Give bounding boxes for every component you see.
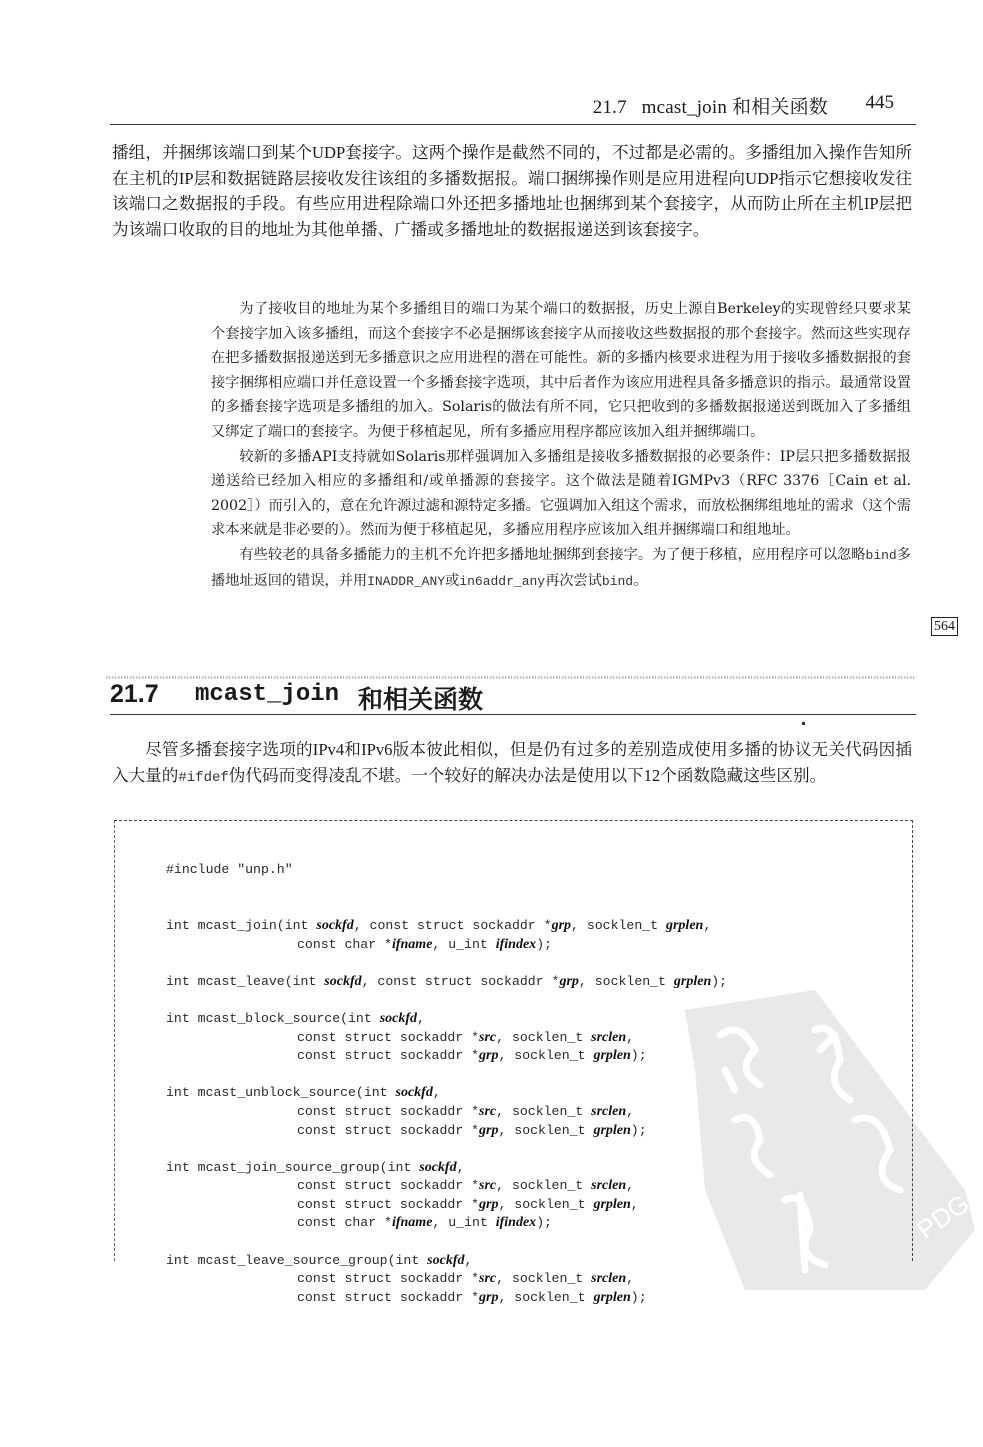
code-text: , socklen_t [496, 1271, 591, 1286]
code-argument-name: src [479, 1271, 496, 1286]
code-text: const struct sockaddr * [297, 1030, 479, 1045]
code-text: , [626, 1030, 634, 1045]
section-function-name: mcast_join [195, 681, 339, 708]
code-text: , socklen_t [496, 1030, 591, 1045]
code-blank-line [166, 898, 866, 917]
code-text: , const struct sockaddr * [362, 974, 560, 989]
code-argument-name: sockfd [316, 918, 353, 933]
note-paragraph: 较新的多播API支持就如Solaris那样强调加入多播组是接收多播数据报的必要条… [211, 445, 911, 543]
code-prototype-line: int mcast_join(int sockfd, const struct … [166, 917, 866, 936]
code-text: const char * [297, 1215, 392, 1230]
note-text: 或 [445, 573, 459, 589]
code-text: , [631, 1197, 639, 1212]
note-text: 再次尝试 [545, 573, 602, 589]
code-text: ); [631, 1048, 647, 1063]
code-argument-name: sockfd [396, 1085, 433, 1100]
code-prototype-line: const char *ifname, u_int ifindex); [166, 936, 866, 955]
code-text: , [626, 1271, 634, 1286]
code-text: int mcast_unblock_source(int [166, 1085, 396, 1100]
code-text: const struct sockaddr * [297, 1048, 479, 1063]
code-text: ); [536, 1215, 552, 1230]
code-text: , [433, 1085, 441, 1100]
code-prototype-line: const struct sockaddr *src, socklen_t sr… [166, 1270, 866, 1289]
note-text: 。 [633, 573, 647, 589]
code-prototype-line: const struct sockaddr *grp, socklen_t gr… [166, 1196, 866, 1215]
code-argument-name: grplen [593, 1290, 630, 1305]
code-text: , [626, 1104, 634, 1119]
running-head-title: 21.7 mcast_join 和相关函数 [593, 92, 828, 119]
paragraph-text: 伪代码而变得凌乱不堪。一个较好的解决办法是使用以下12个函数隐藏这些区别。 [229, 766, 826, 785]
code-text: int mcast_leave_source_group(int [166, 1253, 427, 1268]
code-argument-name: grp [552, 918, 571, 933]
code-text: , [464, 1253, 472, 1268]
note-text: 有些较老的具备多播能力的主机不允许把多播地址捆绑到套接字。为了便于移植，应用程序… [239, 547, 865, 563]
code-argument-name: grp [479, 1290, 498, 1305]
code-argument-name: grp [479, 1197, 498, 1212]
code-argument-name: srclen [591, 1178, 626, 1193]
code-prototype-line: const struct sockaddr *src, socklen_t sr… [166, 1029, 866, 1048]
code-text: , [703, 918, 711, 933]
code-argument-name: srclen [591, 1030, 626, 1045]
code-prototype-line: int mcast_unblock_source(int sockfd, [166, 1084, 866, 1103]
code-argument-name: ifname [392, 1215, 432, 1230]
section-title: 和相关函数 [358, 680, 483, 716]
code-argument-name: sockfd [380, 1011, 417, 1026]
scan-artifact-dot [802, 722, 805, 725]
code-blank-line [166, 991, 866, 1010]
note-block: 为了接收目的地址为某个多播组目的端口为某个端口的数据报，历史上源自Berkele… [211, 297, 911, 594]
code-prototype-line: int mcast_block_source(int sockfd, [166, 1010, 866, 1029]
code-argument-name: grplen [593, 1197, 630, 1212]
section-heading: 21.7 mcast_join 和相关函数 [110, 680, 916, 715]
code-text: ); [631, 1290, 647, 1305]
running-head-section: 21.7 [593, 97, 627, 118]
code-prototype-line: const struct sockaddr *grp, socklen_t gr… [166, 1122, 866, 1141]
code-text: , u_int [432, 937, 495, 952]
margin-page-reference: 564 [931, 617, 958, 636]
code-argument-name: sockfd [419, 1160, 456, 1175]
code-argument-name: ifname [392, 937, 432, 952]
code-text: , socklen_t [498, 1048, 593, 1063]
code-argument-name: srclen [591, 1271, 626, 1286]
code-prototype-line: const struct sockaddr *grp, socklen_t gr… [166, 1289, 866, 1308]
intro-paragraph: 播组，并捆绑该端口到某个UDP套接字。这两个操作是截然不同的，不过都是必需的。多… [112, 140, 912, 242]
inline-code: bind [866, 548, 897, 563]
code-text: int mcast_leave(int [166, 974, 324, 989]
code-argument-name: src [479, 1104, 496, 1119]
code-argument-name: ifindex [496, 937, 536, 952]
code-text: const struct sockaddr * [297, 1104, 479, 1119]
code-text: const char * [297, 937, 392, 952]
code-blank-line [166, 954, 866, 973]
code-include-line: #include "unp.h" [166, 861, 866, 880]
code-prototype-line: int mcast_join_source_group(int sockfd, [166, 1159, 866, 1178]
code-text: const struct sockaddr * [297, 1197, 479, 1212]
code-argument-name: src [479, 1030, 496, 1045]
code-text: ); [536, 937, 552, 952]
running-head-chapter-title: mcast_join 和相关函数 [642, 97, 828, 118]
code-text: , const struct sockaddr * [354, 918, 552, 933]
code-blank-line [166, 1066, 866, 1085]
code-text: , socklen_t [571, 918, 666, 933]
code-prototype-line: const struct sockaddr *src, socklen_t sr… [166, 1177, 866, 1196]
code-text: int mcast_join_source_group(int [166, 1160, 419, 1175]
code-text: int mcast_block_source(int [166, 1011, 380, 1026]
code-text: ); [631, 1123, 647, 1138]
code-prototype-line: int mcast_leave_source_group(int sockfd, [166, 1252, 866, 1271]
code-text: , socklen_t [498, 1197, 593, 1212]
section-number: 21.7 [110, 680, 159, 709]
page-number: 445 [866, 92, 895, 114]
code-text: , [457, 1160, 465, 1175]
code-prototype-line: const struct sockaddr *grp, socklen_t gr… [166, 1047, 866, 1066]
code-blank-line [166, 1140, 866, 1159]
code-text: , socklen_t [496, 1178, 591, 1193]
code-argument-name: srclen [591, 1104, 626, 1119]
code-text: const struct sockaddr * [297, 1271, 479, 1286]
code-prototype-line: const char *ifname, u_int ifindex); [166, 1214, 866, 1233]
code-text: const struct sockaddr * [297, 1178, 479, 1193]
running-head: 21.7 mcast_join 和相关函数 445 [110, 88, 916, 125]
code-argument-name: grplen [674, 974, 711, 989]
code-argument-name: ifindex [496, 1215, 536, 1230]
code-text: , socklen_t [579, 974, 674, 989]
code-argument-name: grplen [593, 1123, 630, 1138]
code-text: , [417, 1011, 425, 1026]
inline-code: in6addr_any [459, 574, 545, 589]
note-paragraph: 为了接收目的地址为某个多播组目的端口为某个端口的数据报，历史上源自Berkele… [211, 297, 911, 445]
code-text: int mcast_join(int [166, 918, 316, 933]
code-argument-name: grp [559, 974, 578, 989]
code-argument-name: grp [479, 1123, 498, 1138]
code-argument-name: sockfd [427, 1253, 464, 1268]
code-argument-name: grplen [593, 1048, 630, 1063]
code-text: const struct sockaddr * [297, 1290, 479, 1305]
code-argument-name: grp [479, 1048, 498, 1063]
code-argument-name: grplen [666, 918, 703, 933]
code-argument-name: src [479, 1178, 496, 1193]
inline-code: INADDR_ANY [367, 574, 445, 589]
code-text: , socklen_t [498, 1123, 593, 1138]
code-blank-line [166, 1233, 866, 1252]
code-text: , socklen_t [496, 1104, 591, 1119]
scan-noise-divider [106, 676, 916, 679]
code-text: , socklen_t [498, 1290, 593, 1305]
code-text: ); [711, 974, 727, 989]
code-listing: #include "unp.h" int mcast_join(int sock… [166, 824, 866, 1307]
code-prototype-line: const struct sockaddr *src, socklen_t sr… [166, 1103, 866, 1122]
code-prototype-line: int mcast_leave(int sockfd, const struct… [166, 973, 866, 992]
code-text: const struct sockaddr * [297, 1123, 479, 1138]
inline-code: #ifdef [178, 770, 228, 786]
section-paragraph: 尽管多播套接字选项的IPv4和IPv6版本彼此相似，但是仍有过多的差别造成使用多… [112, 737, 912, 791]
code-text: , u_int [432, 1215, 495, 1230]
note-paragraph-last: 有些较老的具备多播能力的主机不允许把多播地址捆绑到套接字。为了便于移植，应用程序… [211, 543, 911, 594]
code-argument-name: sockfd [324, 974, 361, 989]
inline-code: bind [602, 574, 633, 589]
code-text: , [626, 1178, 634, 1193]
